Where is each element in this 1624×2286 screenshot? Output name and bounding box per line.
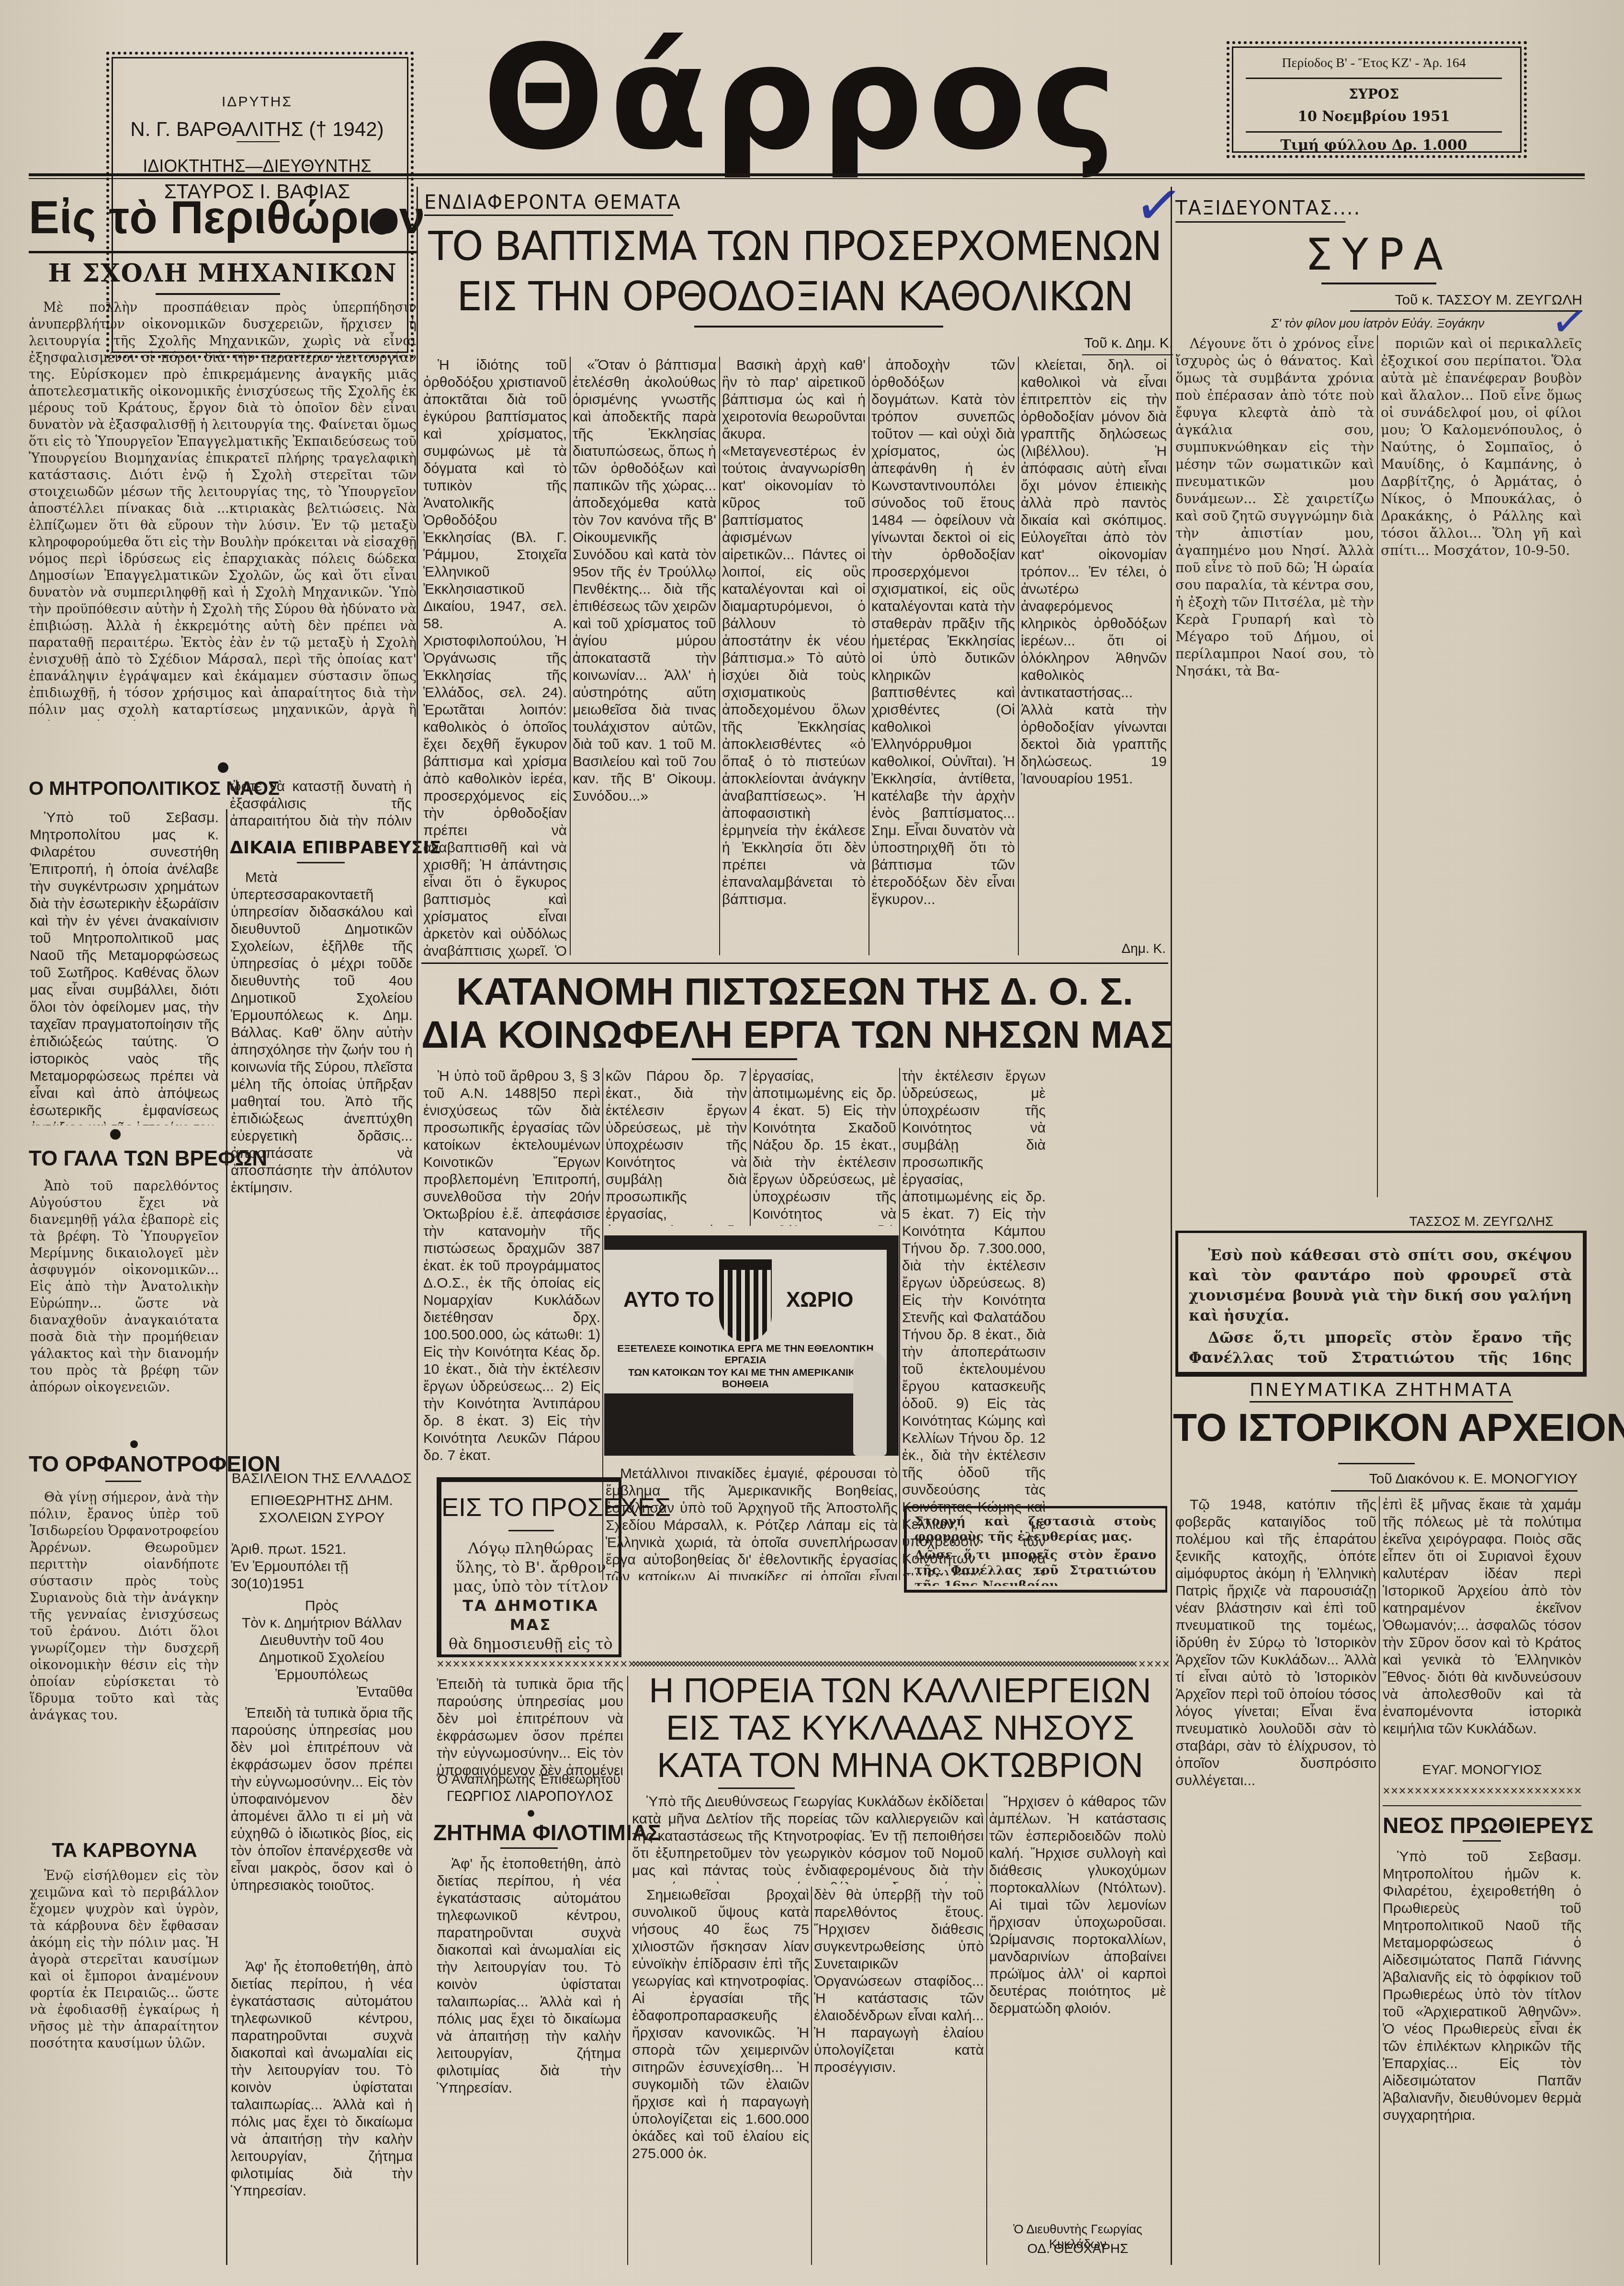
- bullet-icon: [370, 211, 394, 235]
- crops-intro: Ὑπὸ τῆς Διευθύνσεως Γεωργίας Κυκλάδων ἐκ…: [632, 1793, 984, 1884]
- syra-dedication: Σ' τὸν φίλον μου ἰατρὸν Εὐάγ. Ξογάκην: [1271, 316, 1530, 331]
- issue-price: Τιμή φύλλου Δρ. 1.000: [1227, 137, 1521, 154]
- appeal-small-line2: Δῶσε ὅ,τι μπορεῖς στὸν ἔρανο τῆς Φανέλλα…: [914, 1548, 1156, 1586]
- appeal-small-box: Στοργή καὶ ζεστασιὰ στοὺς φρουροὺς τῆς ἐ…: [904, 1506, 1167, 1593]
- issue-number: Περίοδος Β' - Ἔτος ΚΖ' - Ἀρ. 164: [1227, 56, 1521, 71]
- metropolis-article: Ὑπὸ τοῦ Σεβασμ. Μητροπολίτου μας κ. Φιλα…: [30, 809, 219, 1125]
- archive-col-a: Τῷ 1948, κατόπιν τῆς φοβερᾶς καταιγίδος …: [1175, 1496, 1376, 2265]
- milk-article: Ἀπὸ τοῦ παρελθόντος Αὐγούστου ἔχει νὰ δι…: [30, 1178, 219, 1432]
- village-sign: ΑΥΤΟ ΤΟ ΧΩΡΙΟ ΕΞΕΤΕΛΕΣΕ ΚΟΙΝΟΤΙΚΑ ΕΡΓΑ Μ…: [604, 1250, 887, 1393]
- syra-col-a: Λέγουνε ὅτι ὁ χρόνος εἶνε ἴσχυρὸς ὡς ὁ θ…: [1175, 335, 1374, 1245]
- appeal-big-box: Ἐσὺ ποὺ κάθεσαι στὸ σπίτι σου, σκέψου κα…: [1175, 1231, 1587, 1377]
- milk-title: ΤΟ ΓΑΛΑ ΤΩΝ ΒΡΕΦΩΝ: [29, 1147, 220, 1171]
- baptism-signer: Δημ. Κ.: [1077, 941, 1166, 956]
- allocation-title-2: ΔΙΑ ΚΟΙΝΩΦΕΛΗ ΕΡΓΑ ΤΩΝ ΝΗΣΩΝ ΜΑΣ: [421, 1013, 1168, 1057]
- letter-continued: Ἀφ' ἧς ἐτοποθετήθη, ἀπὸ διετίας περίπου,…: [231, 1958, 413, 2265]
- appeal-big-line1: Ἐσὺ ποὺ κάθεσαι στὸ σπίτι σου, σκέψου κα…: [1189, 1245, 1572, 1326]
- founder-label: ΙΔΡΥΤΗΣ: [106, 94, 408, 110]
- crops-title-2: ΕΙΣ ΤΑΣ ΚΥΚΛΑΔΑΣ ΝΗΣΟΥΣ: [632, 1709, 1168, 1748]
- syra-kicker: ΤΑΞΙΔΕΥΟΝΤΑΣ....: [1175, 197, 1361, 219]
- syra-col-b: ποριῶν καὶ οἱ περικαλλεῖς ἐξοχικοί σου π…: [1381, 335, 1582, 1211]
- allocation-col-d: τὴν ἐκτέλεσιν ἔργων ὑδρεύσεως, μὲ ὑποχρέ…: [902, 1068, 1046, 1575]
- notice-text-2: θὰ δημοσιευθῇ εἰς τὸ προσεχὲς φύλλον.: [448, 1634, 613, 1653]
- baptism-title-2: ΕΙΣ ΤΗΝ ΟΡΘΟΔΟΞΙΑΝ ΚΑΘΟΛΙΚΩΝ: [421, 273, 1168, 320]
- reward-article: Μετὰ ὑπερτεσσαρακονταετῆ ὑπηρεσίαν διδασ…: [231, 869, 413, 1468]
- issue-box-content: Περίοδος Β' - Ἔτος ΚΖ' - Ἀρ. 164 ΣΥΡΟΣ 1…: [1227, 41, 1521, 152]
- founder-box-content: ΙΔΡΥΤΗΣ Ν. Γ. ΒΑΡΘΑΛΙΤΗΣ († 1942) ΙΔΙΟΚΤ…: [106, 52, 408, 161]
- baptism-byline: Τοῦ κ. Δημ. Κ.: [1044, 335, 1173, 351]
- letter-closing: Ἐπειδὴ τὰ τυπικὰ ὅρια τῆς παρούσης ὑπηρε…: [437, 1676, 623, 1781]
- masthead-rule: [29, 173, 1585, 176]
- crops-signer: ΟΔ. ΘΕΟΧΑΡΗΣ: [989, 2241, 1166, 2256]
- philotimia-title: ΖΗΤΗΜΑ ΦΙΛΟΤΙΜΙΑΣ: [433, 1820, 625, 1845]
- col1-title: Εἰς τὸ Περιθώριον: [29, 192, 393, 244]
- col1-subhead: Η ΣΧΟΛΗ ΜΗΧΑΝΙΚΩΝ: [29, 259, 417, 288]
- issue-city: ΣΥΡΟΣ: [1227, 86, 1521, 102]
- notice-highlight: ΤΑ ΔΗΜΟΤΙΚΑ ΜΑΣ: [448, 1596, 613, 1634]
- coal-title: ΤΑ ΚΑΡΒΟΥΝΑ: [29, 1839, 220, 1862]
- founder-name: Ν. Γ. ΒΑΡΘΑΛΙΤΗΣ († 1942): [106, 118, 408, 141]
- orphanage-article: Θὰ γίνῃ σήμερον, ἀνὰ τὴν πόλιν, ἔρανος ὑ…: [30, 1489, 219, 1824]
- priest-title: ΝΕΟΣ ΠΡΩΘΙΕΡΕΥΣ: [1383, 1812, 1581, 1838]
- photo-caption: Μετάλλινοι πινακίδες ἐμαγιέ, φέρουσαι τὸ…: [606, 1465, 898, 1580]
- coal-article: Ἐνῷ εἰσήλθομεν εἰς τὸν χειμῶνα καὶ τὸ πε…: [30, 1867, 219, 2265]
- newspaper-title: Θάρρος: [455, 19, 1149, 177]
- archive-kicker: ΠΝΕΥΜΑΤΙΚΑ ΖΗΤΗΜΑΤΑ: [1250, 1379, 1513, 1400]
- letter-block: ΒΑΣΙΛΕΙΟΝ ΤΗΣ ΕΛΛΑΔΟΣ ΕΠΙΘΕΩΡΗΤΗΣ ΔΗΜ. Σ…: [231, 1470, 413, 1954]
- notice-title: ΕΙΣ ΤΟ ΠΡΟΣΕΧΕΣ: [441, 1493, 619, 1522]
- col1-article: Μὲ πολλὴν προσπάθειαν πρὸς ὑπερπήδησιν ἀ…: [29, 299, 417, 721]
- american-aid-emblem-icon: [719, 1259, 772, 1342]
- allocation-title-1: ΚΑΤΑΝΟΜΗ ΠΙΣΤΩΣΕΩΝ ΤΗΣ Δ. Ο. Σ.: [421, 970, 1168, 1014]
- crops-title-3: ΚΑΤΑ ΤΟΝ ΜΗΝΑ ΟΚΤΩΒΡΙΟΝ: [632, 1746, 1168, 1785]
- notice-box: ΕΙΣ ΤΟ ΠΡΟΣΕΧΕΣ Λόγῳ πληθώρας ὕλης, τὸ Β…: [437, 1477, 621, 1657]
- appeal-big-line2: Δῶσε ὅ,τι μπορεῖς στὸν ἔρανο τῆς Φανέλλα…: [1189, 1328, 1572, 1365]
- archive-byline: Τοῦ Διακόνου κ. Ε. ΜΟΝΟΓΥΙΟΥ: [1331, 1471, 1578, 1487]
- priest-article: Ὑπὸ τοῦ Σεβασμ. Μητροπολίτου ἡμῶν κ. Φιλ…: [1383, 1848, 1581, 2265]
- baptism-col-a: Ἡ ἰδιότης τοῦ ὀρθοδόξου χριστιανοῦ ἀποκτ…: [423, 357, 567, 960]
- baptism-title-1: ΤΟ ΒΑΠΤΙΣΜΑ ΤΩΝ ΠΡΟΣΕΡΧΟΜΕΝΩΝ: [421, 223, 1168, 270]
- issue-date: 10 Νοεμβρίου 1951: [1227, 108, 1521, 124]
- archive-col-b: ἐπὶ ἓξ μῆνας ἔκαιε τὰ χαμάμ τῆς πόλεως μ…: [1383, 1496, 1581, 1762]
- village-sign-photo: ΑΥΤΟ ΤΟ ΧΩΡΙΟ ΕΞΕΤΕΛΕΣΕ ΚΟΙΝΟΤΙΚΑ ΕΡΓΑ Μ…: [604, 1235, 899, 1456]
- crops-title-1: Η ΠΟΡΕΙΑ ΤΩΝ ΚΑΛΛΙΕΡΓΕΙΩΝ: [632, 1671, 1168, 1710]
- notice-text: Λόγῳ πληθώρας ὕλης, τὸ Β'. ἄρθρον μας, ὑ…: [448, 1539, 613, 1596]
- roads-intro: ὥστε νὰ καταστῇ δυνατὴ ἡ ἐξασφάλισις τῆς…: [230, 778, 412, 831]
- baptism-col-e: κλείεται, δηλ. οἱ καθολικοὶ νὰ εἶναι ἐπι…: [1021, 357, 1167, 931]
- allocation-col-b: κῶν Πάρου δρ. 7 ἐκατ., διὰ τὴν ἐκτέλεσιν…: [606, 1068, 747, 1226]
- metropolis-title: Ο ΜΗΤΡΟΠΟΛΙΤΙΚΟΣ ΝΑΟΣ: [29, 778, 220, 800]
- syra-byline: Τοῦ κ. ΤΑΣΣΟΥ Μ. ΖΕΥΓΩΛΗ: [1341, 292, 1582, 308]
- baptism-col-c: Βασικὴ ἀρχὴ καθ' ἣν τὸ παρ' αἱρετικοῦ βά…: [722, 357, 866, 960]
- allocation-col-c: ἐργασίας, ἀποτιμωμένης εἰς δρ. 4 ἐκατ. 5…: [753, 1068, 896, 1226]
- letter-signer-title: Ὁ Ἀναπληρωτὴς Ἐπιθεωρητοῦ: [437, 1772, 623, 1787]
- letter-signer: ΓΕΩΡΓΙΟΣ ΛΙΑΡΟΠΟΥΛΟΣ: [437, 1788, 623, 1804]
- baptism-col-d: ἀποδοχὴν τῶν ὀρθοδόξων δογμάτων. Κατὰ τὸ…: [871, 357, 1015, 960]
- archive-title: ΤΟ ΙΣΤΟΡΙΚΟΝ ΑΡΧΕΙΟΝ ΚΥΚΛΑΔΩΝ: [1173, 1405, 1585, 1450]
- reward-title: ΔΙΚΑΙΑ ΕΠΙΒΡΑΒΕΥΣΙΣ: [230, 838, 414, 858]
- crops-col-c: Ἤρχισεν ὁ κάθαρος τῶν ἀμπέλων. Ἡ κατάστα…: [989, 1793, 1166, 2215]
- allocation-col-a: Ἡ ὑπὸ τοῦ ἄρθρου 3, § 3 τοῦ Α.Ν. 1488|50…: [423, 1068, 600, 1460]
- archive-signer: ΕΥΑΓ. ΜΟΝΟΓΥΙΟΣ: [1383, 1762, 1581, 1777]
- hand-icon: [853, 1350, 887, 1456]
- crops-col-a: Σημειωθεῖσαι βροχαὶ συνολικοῦ ὕψους κατὰ…: [632, 1887, 809, 2265]
- philotimia-article: Ἀφ' ἧς ἐτοποθετήθη, ἀπὸ διετίας περίπου,…: [437, 1856, 621, 2267]
- appeal-small-line1: Στοργή καὶ ζεστασιὰ στοὺς φρουροὺς τῆς ἐ…: [914, 1514, 1156, 1545]
- orphanage-title: ΤΟ ΟΡΦΑΝΟΤΡΟΦΕΙΟΝ: [29, 1451, 220, 1477]
- baptism-kicker: ΕΝΔΙΑΦΕΡΟΝΤΑ ΘΕΜΑΤΑ: [424, 192, 681, 214]
- baptism-col-b: «Ὅταν ὁ βάπτισμα ἐτελέσθη ἀκολούθως ὁρισ…: [573, 357, 716, 960]
- syra-title: ΣΥΡΑ: [1175, 230, 1582, 280]
- syra-signer: ΤΑΣΣΟΣ Μ. ΖΕΥΓΩΛΗΣ: [1381, 1214, 1582, 1229]
- crops-col-b: δὲν θὰ ὑπερβῇ τὴν τοῦ παρελθόντος ἔτους.…: [814, 1887, 984, 2265]
